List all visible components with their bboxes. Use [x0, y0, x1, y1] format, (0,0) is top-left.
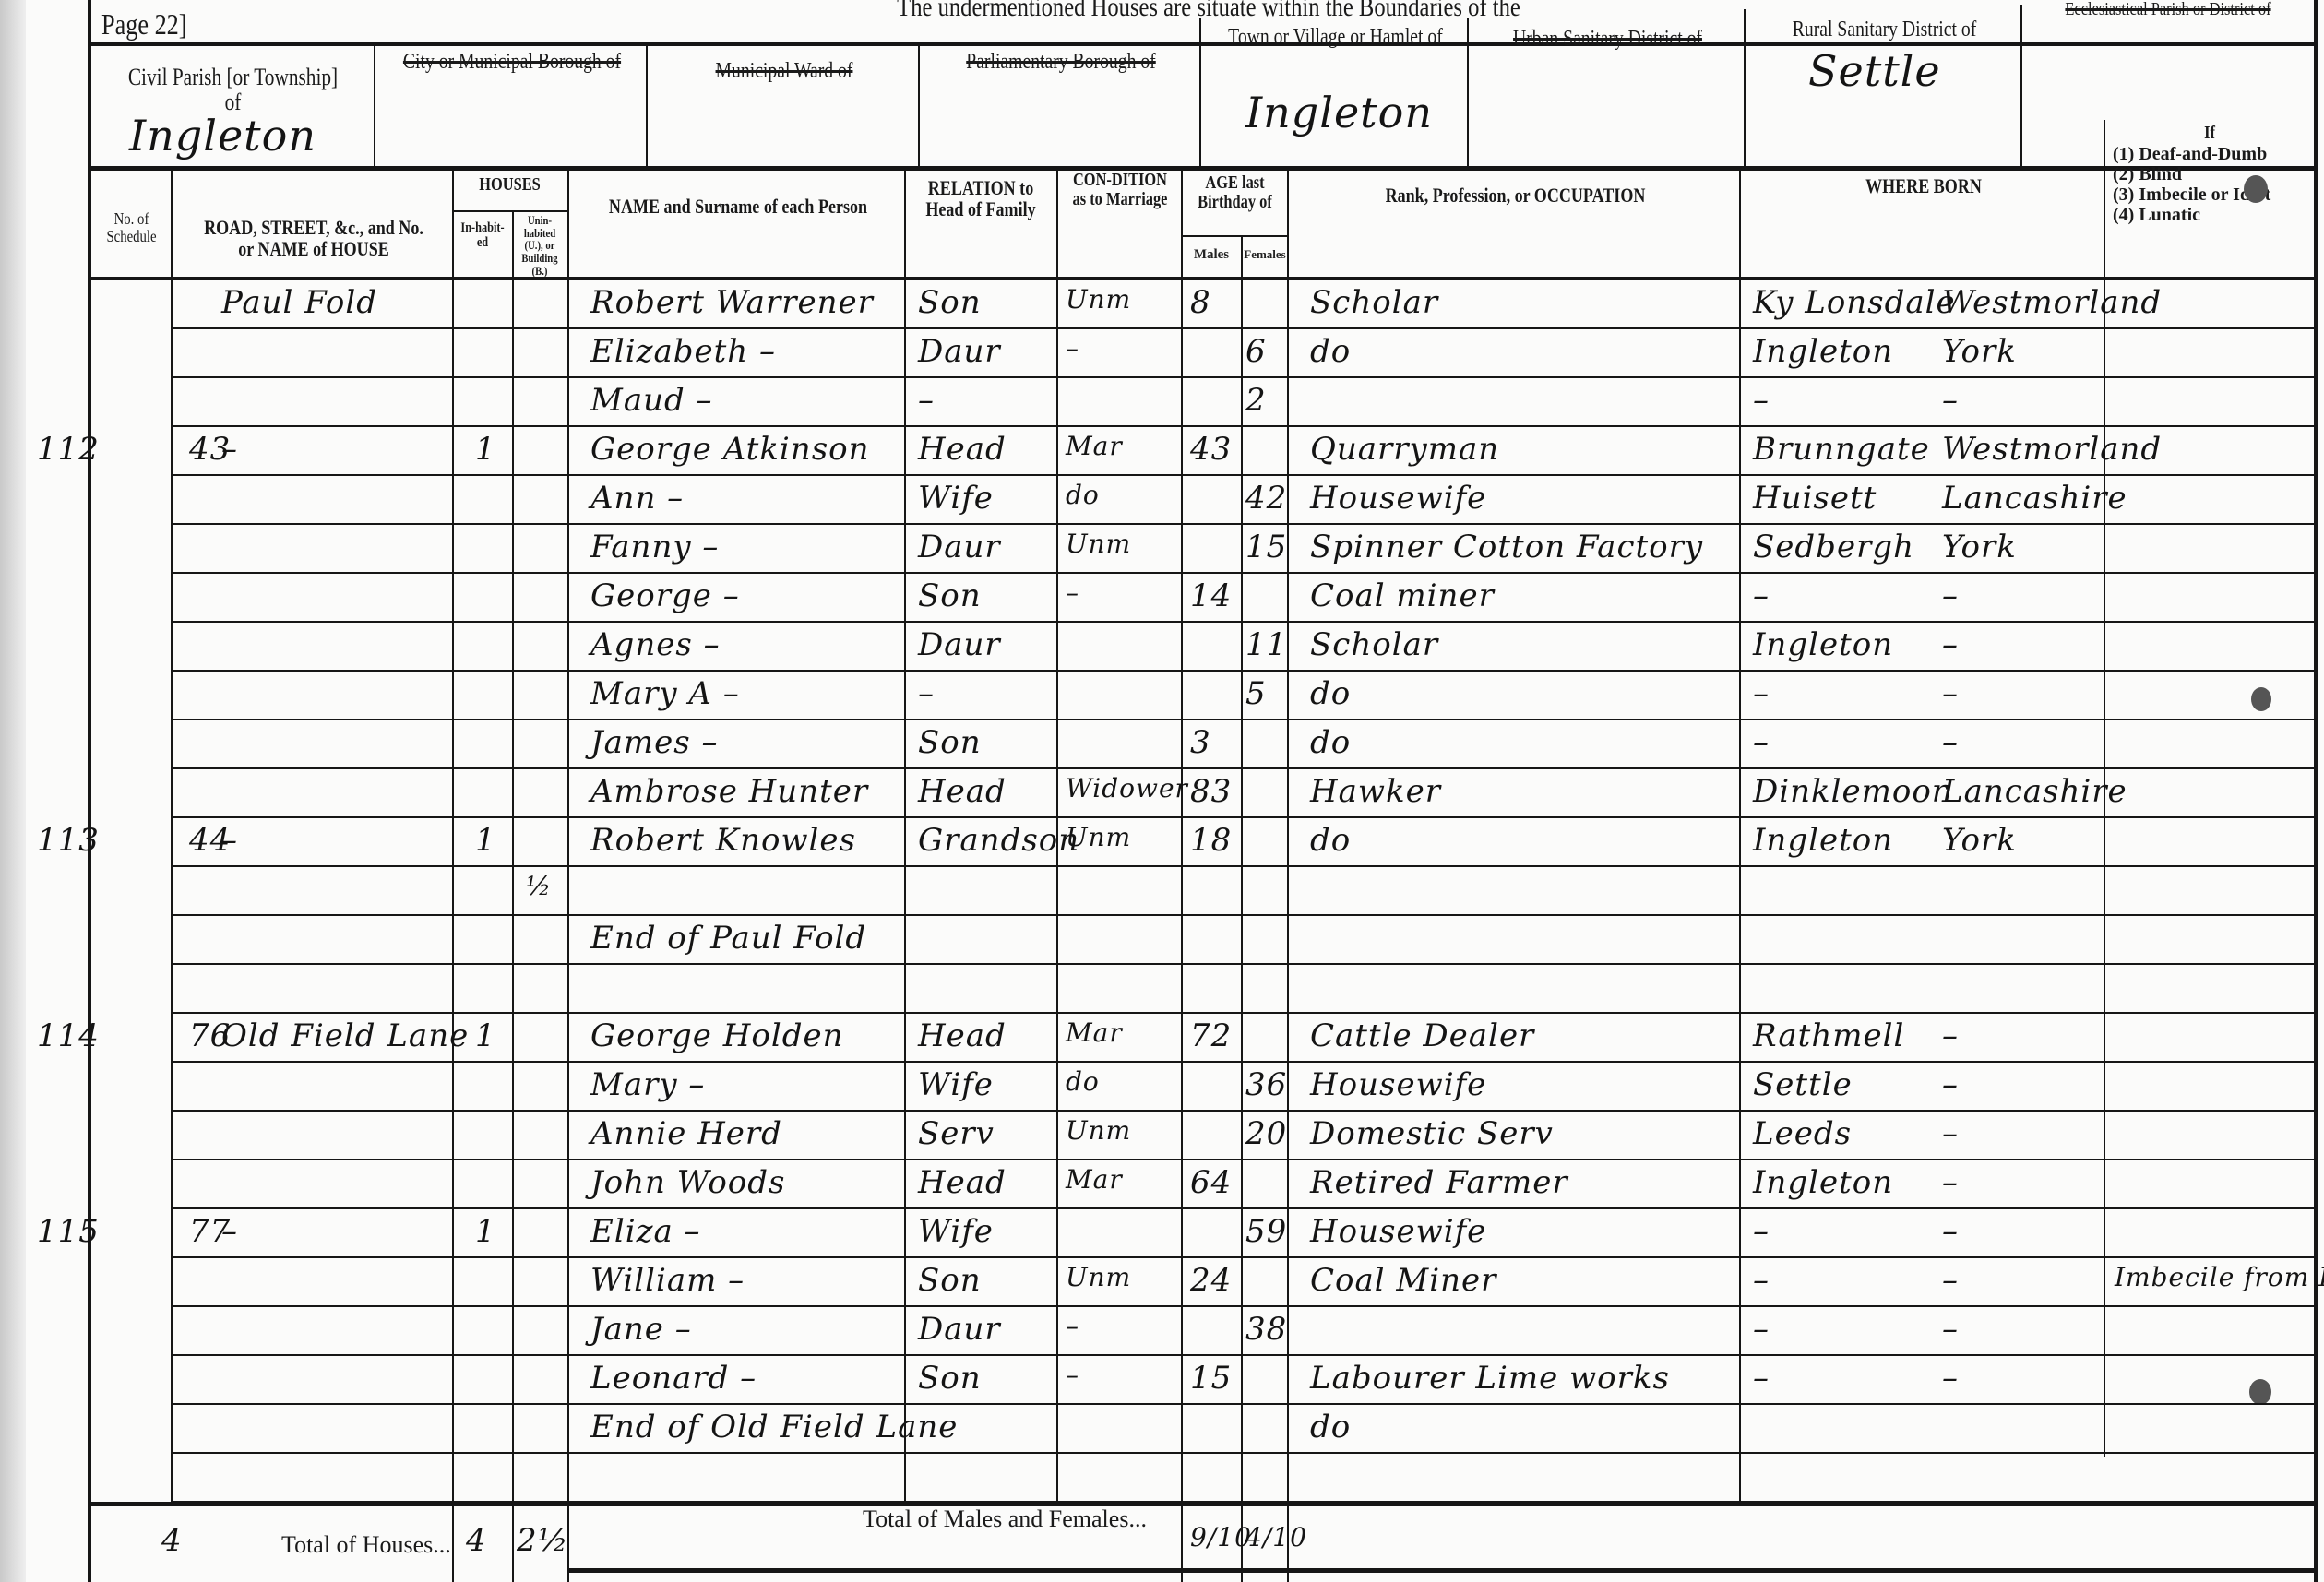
row-rule: [171, 1110, 2316, 1112]
schedule-number: 113: [37, 822, 100, 859]
birth-county: York: [1942, 822, 2017, 859]
birthplace: –: [1753, 675, 1770, 712]
row-rule: [171, 1452, 2316, 1454]
occupation: Quarryman: [1310, 431, 1499, 468]
person-name: George Atkinson: [590, 431, 870, 468]
banner-text: The undermentioned Houses are situate wi…: [868, 0, 1549, 22]
relation: Son: [918, 577, 982, 614]
person-name: Elizabeth –: [590, 333, 776, 370]
age-male: 14: [1190, 577, 1232, 614]
col-relation: RELATION to Head of Family: [920, 177, 1043, 220]
row-rule: [171, 1012, 2316, 1014]
person-name: Fanny –: [590, 529, 719, 565]
birthplace: Sedbergh: [1753, 529, 1914, 565]
hdr-div: [2020, 5, 2022, 166]
occupation: do: [1310, 724, 1351, 761]
birthplace: Brunngate: [1753, 431, 1930, 468]
row-rule: [171, 865, 2316, 867]
field-municipal-ward-label: Municipal Ward of: [674, 60, 894, 83]
row-rule: [171, 1207, 2316, 1209]
field-civil-parish-label: Civil Parish [or Township] of: [117, 65, 348, 115]
birth-county: Westmorland: [1942, 284, 2162, 321]
birthplace: Ingleton: [1753, 1164, 1893, 1201]
uninhabited-count: ½: [526, 871, 552, 901]
occupation: Coal miner: [1310, 577, 1495, 614]
person-name: George Holden: [590, 1017, 843, 1054]
row-rule: [171, 1354, 2316, 1356]
marital-condition: Unm: [1066, 529, 1131, 559]
row-rule: [171, 767, 2316, 769]
hdr-div: [918, 42, 920, 166]
birth-county: York: [1942, 333, 2017, 370]
birth-county: –: [1942, 1017, 1959, 1054]
col-line: [1181, 166, 1183, 1582]
col-occupation: Rank, Profession, or OCCUPATION: [1332, 184, 1699, 206]
row-rule: [171, 963, 2316, 965]
age-female: 15: [1245, 529, 1287, 565]
relation: Head: [918, 773, 1007, 810]
occupation: Housewife: [1310, 480, 1486, 517]
inhabited-count: 1: [475, 1017, 496, 1054]
occupation: Cattle Dealer: [1310, 1017, 1534, 1054]
inhabited-count: 1: [475, 822, 496, 859]
age-sub-rule: [1181, 235, 1287, 237]
hdr-div: [374, 42, 375, 166]
schedule-number: 114: [37, 1017, 100, 1054]
occupation: do: [1310, 822, 1351, 859]
col-females: Females: [1242, 247, 1288, 262]
occupation: Spinner Cotton Factory: [1310, 529, 1703, 565]
hdr-div: [646, 42, 648, 166]
field-town-value: Ingleton: [1245, 88, 1433, 137]
person-name: Robert Knowles: [590, 822, 856, 859]
scan-edge-shadow: [0, 0, 26, 1582]
hdr-div: [1744, 9, 1746, 166]
relation: Grandson: [918, 822, 1079, 859]
row-rule: [171, 425, 2316, 427]
birth-county: –: [1942, 1360, 1959, 1397]
col-line: [567, 166, 569, 1582]
row-rule: [171, 816, 2316, 818]
birth-county: –: [1942, 626, 1959, 663]
relation: Daur: [918, 626, 1001, 663]
marital-condition: –: [1066, 333, 1079, 363]
road-name: –: [221, 431, 238, 468]
birth-county: –: [1942, 1164, 1959, 1201]
marital-condition: Widower: [1066, 773, 1188, 803]
person-name: Mary A –: [590, 675, 740, 712]
marital-condition: Unm: [1066, 822, 1131, 852]
row-rule: [171, 327, 2316, 329]
col-road: ROAD, STREET, &c., and No. or NAME of HO…: [200, 217, 427, 259]
birthplace: –: [1753, 1311, 1770, 1348]
person-name: James –: [590, 724, 719, 761]
row-rule: [171, 1256, 2316, 1258]
row-rule: [171, 914, 2316, 916]
col-age: AGE last Birthday of: [1192, 173, 1278, 212]
birthplace: Rathmell: [1753, 1017, 1904, 1054]
road-name: –: [221, 1213, 238, 1250]
schedule-number: 112: [37, 431, 100, 468]
relation: Head: [918, 1164, 1007, 1201]
col-line: [904, 166, 906, 1504]
age-male: 43: [1190, 431, 1232, 468]
col-line: [1287, 166, 1289, 1582]
header-rule-bottom: [88, 166, 2316, 171]
occupation: Coal Miner: [1310, 1262, 1496, 1299]
field-civil-parish-value: Ingleton: [129, 111, 316, 161]
birth-county: –: [1942, 1066, 1959, 1103]
relation: Son: [918, 1262, 982, 1299]
birth-county: –: [1942, 675, 1959, 712]
ink-blot: [2249, 1379, 2271, 1405]
row-rule: [171, 376, 2316, 378]
field-urban-sanitary-label: Urban Sanitary District of: [1496, 28, 1720, 51]
col-line: [1739, 166, 1741, 1504]
row-rule: [171, 1305, 2316, 1307]
col-name: NAME and Surname of each Person: [602, 196, 874, 217]
age-female: 38: [1245, 1311, 1287, 1348]
col-uninhabited: Unin-habited (U.), or Building (B.): [518, 214, 562, 277]
occupation: do: [1310, 333, 1351, 370]
age-female: 42: [1245, 480, 1287, 517]
birthplace: Ingleton: [1753, 822, 1893, 859]
census-page: The undermentioned Houses are situate wi…: [0, 0, 2324, 1582]
field-ecclesiastical-label: Ecclesiastical Parish or District of: [2051, 0, 2285, 19]
occupation: Scholar: [1310, 626, 1438, 663]
occupation: Labourer Lime works: [1310, 1360, 1670, 1397]
row-rule: [171, 523, 2316, 525]
age-male: 24: [1190, 1262, 1232, 1299]
schedule-number: 115: [37, 1213, 100, 1250]
occupation: Domestic Serv: [1310, 1115, 1554, 1152]
row-rule: [171, 572, 2316, 574]
person-name: Mary –: [590, 1066, 705, 1103]
person-name: George –: [590, 577, 740, 614]
birth-county: –: [1942, 1311, 1959, 1348]
occupation: do: [1310, 675, 1351, 712]
person-name: Maud –: [590, 382, 713, 419]
person-name: Agnes –: [590, 626, 721, 663]
relation: Wife: [918, 1213, 994, 1250]
birthplace: –: [1753, 577, 1770, 614]
person-name: Ambrose Hunter: [590, 773, 868, 810]
person-name: Annie Herd: [590, 1115, 782, 1152]
total-houses-label: Total of Houses...: [281, 1531, 451, 1559]
age-female: 11: [1245, 626, 1287, 663]
col-disability-if: If: [2127, 124, 2293, 143]
field-parliamentary-borough-label: Parliamentary Borough of: [947, 51, 1174, 74]
marital-condition: do: [1066, 480, 1100, 510]
col-houses: HOUSES: [462, 175, 557, 195]
occupation: Hawker: [1310, 773, 1441, 810]
occupation: Housewife: [1310, 1213, 1486, 1250]
page-left-border: [88, 0, 91, 1582]
marital-condition: Unm: [1066, 284, 1131, 315]
disability-item: (4) Lunatic: [2113, 205, 2270, 225]
total-males: 9/10: [1190, 1522, 1252, 1552]
relation: Wife: [918, 1066, 994, 1103]
ink-blot: [2251, 687, 2271, 711]
row-rule: [171, 474, 2316, 476]
relation: Wife: [918, 480, 994, 517]
row-rule: [171, 719, 2316, 720]
age-male: 3: [1190, 724, 1211, 761]
field-town-label: Town or Village or Hamlet of: [1228, 26, 1444, 49]
person-name: Eliza –: [590, 1213, 701, 1250]
marital-condition: –: [1066, 1311, 1079, 1341]
col-condition: CON-DITION as to Marriage: [1070, 171, 1170, 209]
marital-condition: Mar: [1066, 1164, 1123, 1195]
col-males: Males: [1183, 247, 1240, 263]
age-male: 72: [1190, 1017, 1232, 1054]
birth-county: York: [1942, 529, 2017, 565]
total-inhabited: 4: [466, 1522, 487, 1559]
occupation: Housewife: [1310, 1066, 1486, 1103]
row-rule: [171, 1159, 2316, 1160]
relation: Head: [918, 431, 1007, 468]
col-schedule: No. of Schedule: [100, 210, 164, 245]
disability-note: Imbecile from Birth: [2115, 1262, 2324, 1292]
age-female: 36: [1245, 1066, 1287, 1103]
marital-condition: do: [1066, 1066, 1100, 1097]
person-name: Ann –: [590, 480, 684, 517]
page-right-border: [2314, 0, 2318, 1582]
birth-county: –: [1942, 577, 1959, 614]
field-city-label: City or Municipal Borough of: [402, 51, 622, 74]
relation: Son: [918, 1360, 982, 1397]
col-line: [512, 212, 514, 1582]
marital-condition: Unm: [1066, 1262, 1131, 1292]
total-females: 4/10: [1245, 1522, 1307, 1552]
disability-item: (1) Deaf-and-Dumb: [2113, 144, 2270, 164]
birth-county: –: [1942, 1115, 1959, 1152]
row-rule: [171, 670, 2316, 672]
hdr-div: [1467, 18, 1469, 166]
birthplace: –: [1753, 1360, 1770, 1397]
age-male: 15: [1190, 1360, 1232, 1397]
relation: Son: [918, 284, 982, 321]
person-name: Leonard –: [590, 1360, 757, 1397]
person-name: William –: [590, 1262, 745, 1299]
field-rural-sanitary-value: Settle: [1808, 46, 1941, 96]
person-name: Robert Warrener: [590, 284, 874, 321]
birth-county: –: [1942, 1262, 1959, 1299]
age-female: 20: [1245, 1115, 1287, 1152]
birthplace: Ingleton: [1753, 626, 1893, 663]
column-header-bottom-rule: [88, 277, 2316, 280]
birthplace: Ky Lonsdale: [1753, 284, 1956, 321]
page-number: Page 22]: [101, 9, 238, 41]
relation: Son: [918, 724, 982, 761]
birthplace: Settle: [1753, 1066, 1853, 1103]
age-male: 64: [1190, 1164, 1232, 1201]
occupation: do: [1310, 1409, 1351, 1445]
person-name: John Woods: [590, 1164, 786, 1201]
relation: –: [918, 675, 935, 712]
header-rule-top: [88, 42, 2316, 46]
person-name: End of Old Field Lane: [590, 1409, 958, 1445]
age-male: 83: [1190, 773, 1232, 810]
marital-condition: –: [1066, 577, 1079, 608]
field-rural-sanitary-label: Rural Sanitary District of: [1773, 18, 1996, 42]
totals-bottom-rule: [567, 1568, 2316, 1573]
road-name: –: [221, 822, 238, 859]
total-persons-label: Total of Males and Females...: [863, 1505, 1147, 1533]
relation: Daur: [918, 1311, 1001, 1348]
row-rule: [171, 1061, 2316, 1063]
birthplace: Huisett: [1753, 480, 1877, 517]
total-uninhabited: 2½: [517, 1522, 569, 1559]
hdr-div: [1199, 18, 1201, 166]
birthplace: Dinklemoor: [1753, 773, 1948, 810]
birth-county: Lancashire: [1942, 480, 2127, 517]
ink-blot: [2244, 175, 2268, 203]
birth-county: –: [1942, 1213, 1959, 1250]
row-rule: [171, 621, 2316, 623]
schedule-tally: 4: [161, 1522, 183, 1559]
inhabited-count: 1: [475, 1213, 496, 1250]
relation: Head: [918, 1017, 1007, 1054]
birth-county: Westmorland: [1942, 431, 2162, 468]
age-female: 2: [1245, 382, 1267, 419]
birthplace: –: [1753, 382, 1770, 419]
birthplace: Ingleton: [1753, 333, 1893, 370]
row-rule: [171, 1403, 2316, 1405]
relation: Daur: [918, 529, 1001, 565]
road-name: Paul Fold: [221, 284, 377, 321]
relation: –: [918, 382, 935, 419]
age-male: 8: [1190, 284, 1211, 321]
col-where-born: WHERE BORN: [1776, 175, 2071, 196]
col-line: [171, 166, 173, 1504]
age-female: 6: [1245, 333, 1267, 370]
birth-county: –: [1942, 724, 1959, 761]
birthplace: –: [1753, 1262, 1770, 1299]
age-male: 18: [1190, 822, 1232, 859]
marital-condition: Mar: [1066, 431, 1123, 461]
totals-top-rule: [88, 1502, 2316, 1506]
occupation: Scholar: [1310, 284, 1438, 321]
occupation: Retired Farmer: [1310, 1164, 1568, 1201]
birth-county: Lancashire: [1942, 773, 2127, 810]
marital-condition: Unm: [1066, 1115, 1131, 1146]
birthplace: Leeds: [1753, 1115, 1852, 1152]
birth-county: –: [1942, 382, 1959, 419]
road-name: Old Field Lane: [221, 1017, 469, 1054]
col-line: [1241, 235, 1243, 1582]
age-female: 59: [1245, 1213, 1287, 1250]
houses-sub-rule: [452, 210, 567, 212]
col-inhabited: In-habit-ed: [459, 221, 507, 251]
person-name: End of Paul Fold: [590, 920, 866, 957]
relation: Daur: [918, 333, 1001, 370]
inhabited-count: 1: [475, 431, 496, 468]
marital-condition: –: [1066, 1360, 1079, 1390]
age-female: 5: [1245, 675, 1267, 712]
birthplace: –: [1753, 724, 1770, 761]
marital-condition: Mar: [1066, 1017, 1123, 1048]
col-line: [452, 166, 454, 1582]
birthplace: –: [1753, 1213, 1770, 1250]
person-name: Jane –: [590, 1311, 692, 1348]
relation: Serv: [918, 1115, 995, 1152]
